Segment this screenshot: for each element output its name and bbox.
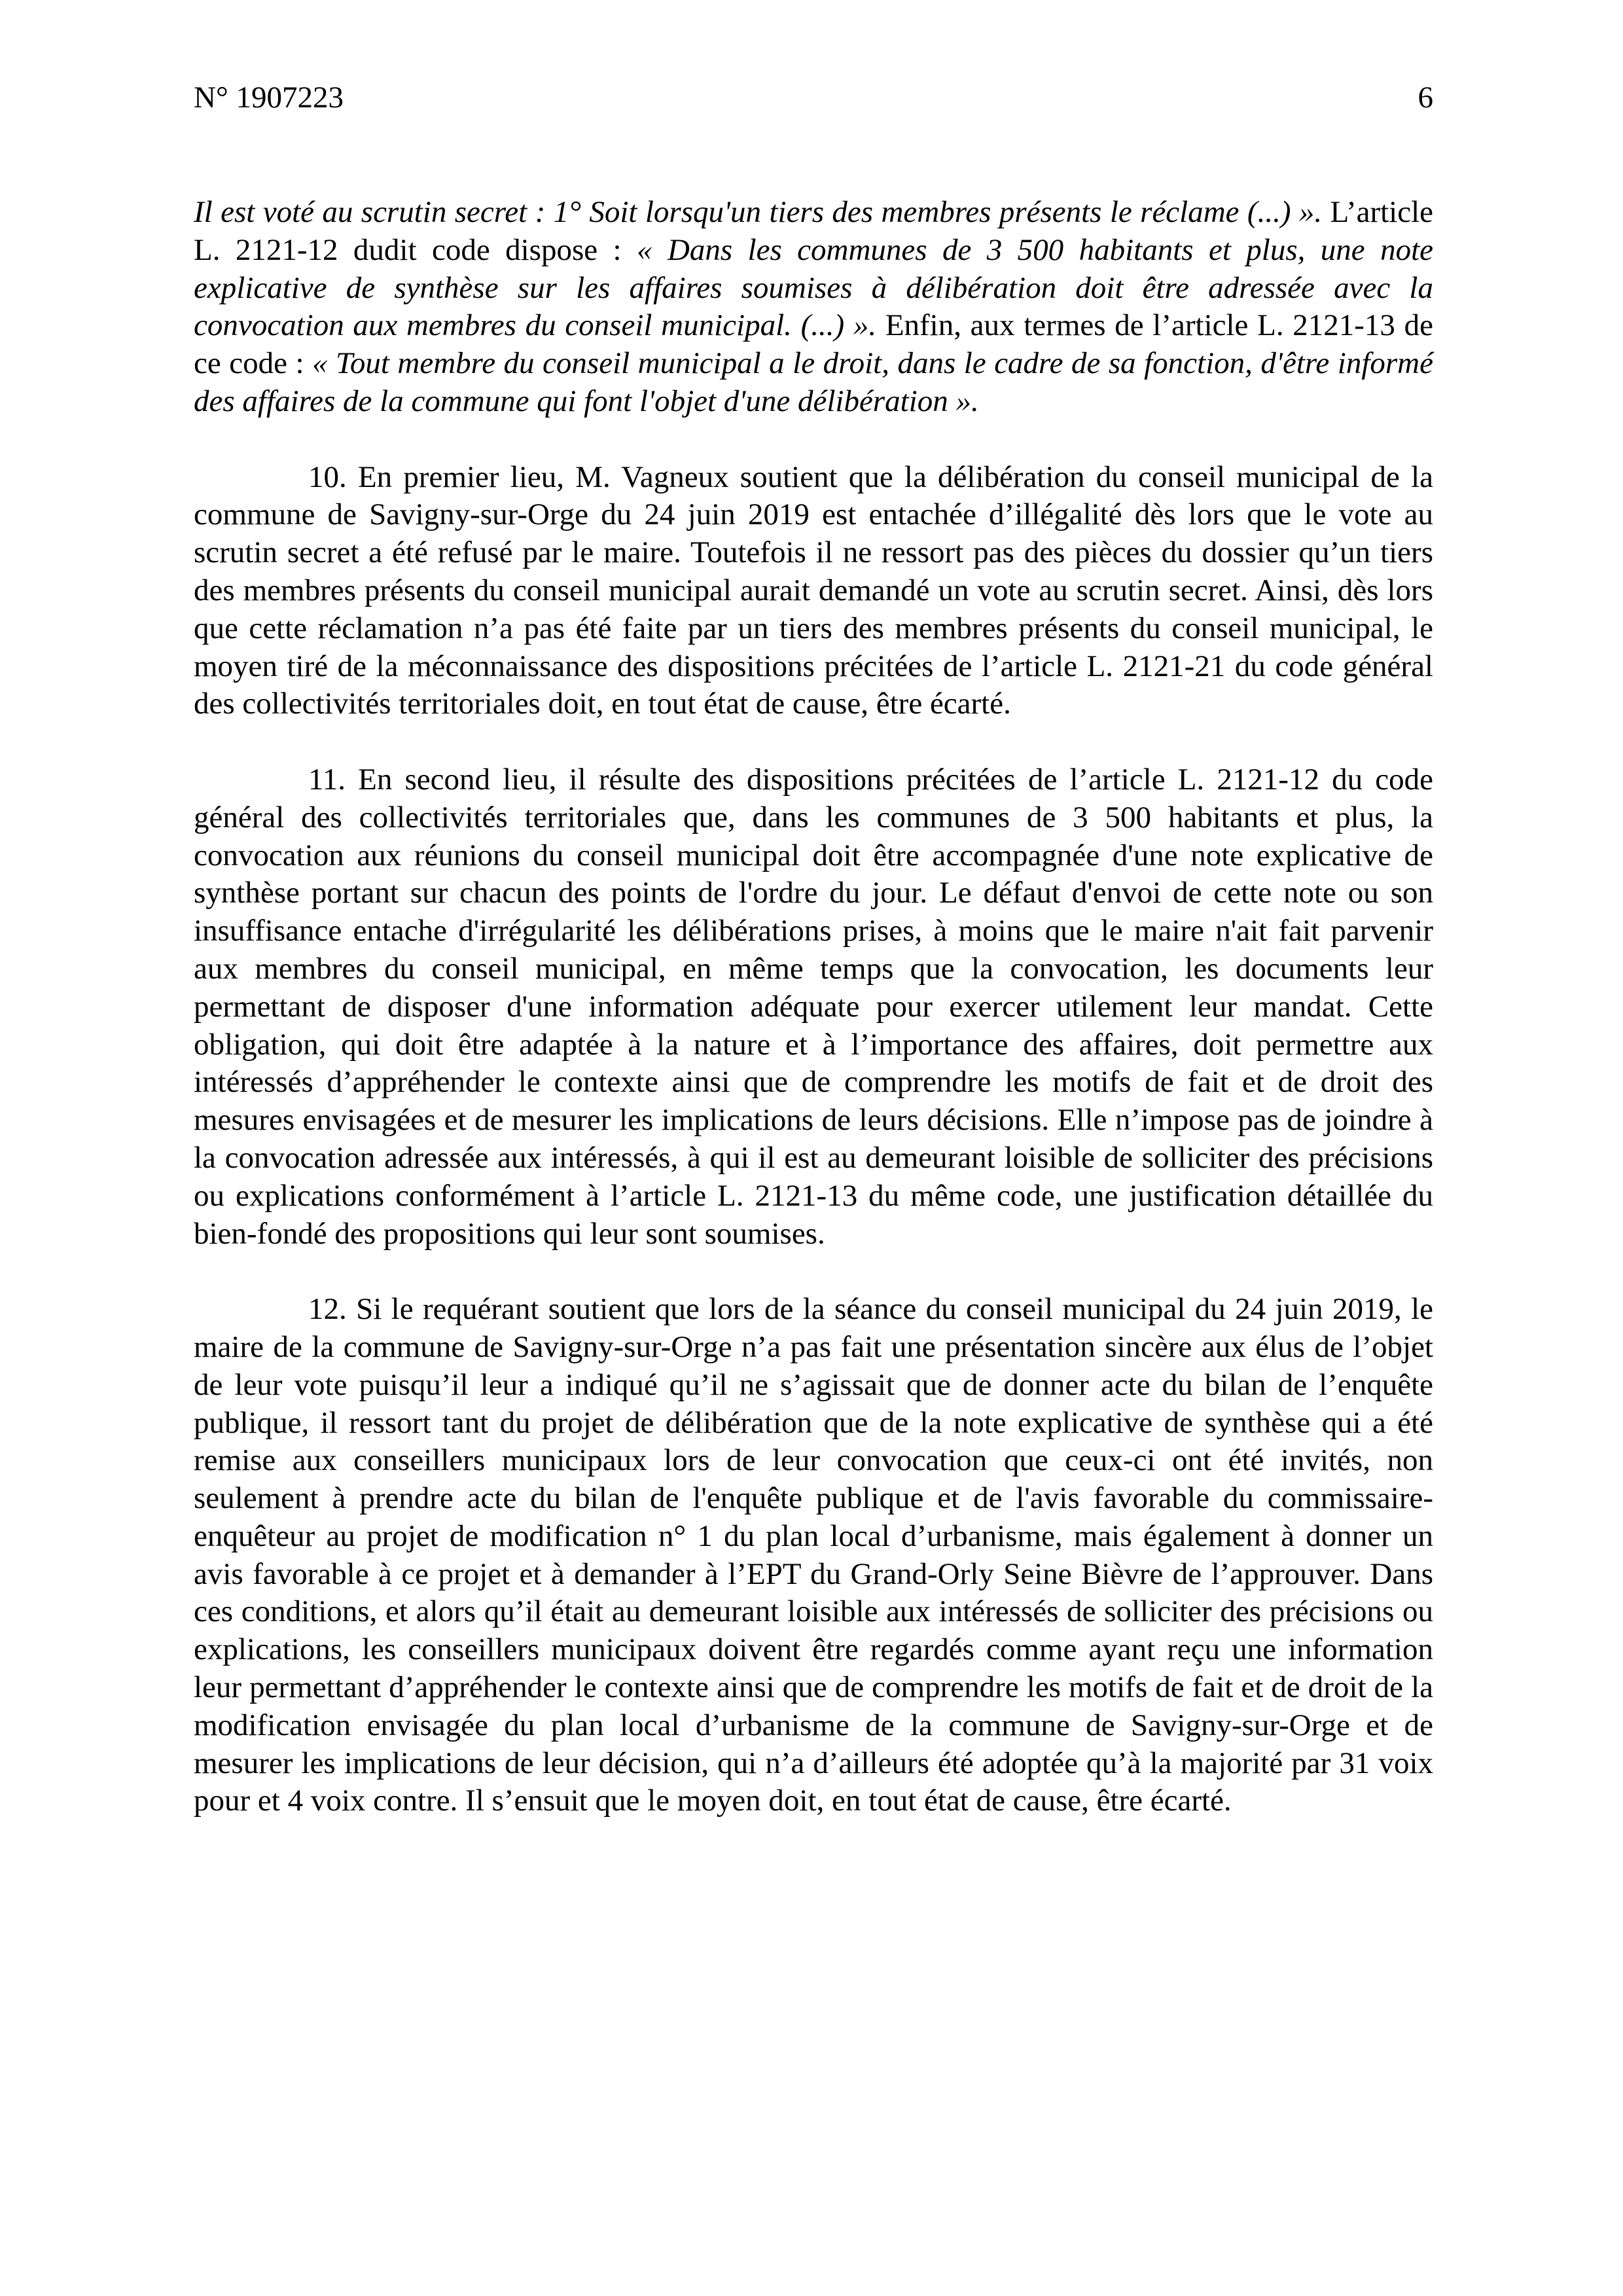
paragraph-point-12: 12. Si le requérant soutient que lors de… — [194, 1291, 1433, 1820]
document-body: Il est voté au scrutin secret : 1° Soit … — [194, 194, 1433, 1858]
document-page: N° 1907223 6 Il est voté au scrutin secr… — [0, 0, 1623, 2296]
paragraph-text: 10. En premier lieu, M. Vagneux soutient… — [194, 460, 1433, 721]
paragraph-point-10: 10. En premier lieu, M. Vagneux soutient… — [194, 459, 1433, 724]
page-number: 6 — [1418, 79, 1434, 117]
paragraph-point-11: 11. En second lieu, il résulte des dispo… — [194, 761, 1433, 1253]
paragraph-text: 11. En second lieu, il résulte des dispo… — [194, 762, 1433, 1251]
quote-segment-italic: « Tout membre du conseil municipal a le … — [194, 346, 1433, 418]
page-header: N° 1907223 6 — [194, 79, 1433, 117]
paragraph-text: 12. Si le requérant soutient que lors de… — [194, 1292, 1433, 1818]
paragraph-statute-quote-continuation: Il est voté au scrutin secret : 1° Soit … — [194, 194, 1433, 421]
document-number: N° 1907223 — [194, 79, 344, 117]
quote-segment-italic: Il est voté au scrutin secret : 1° Soit … — [194, 195, 1322, 229]
